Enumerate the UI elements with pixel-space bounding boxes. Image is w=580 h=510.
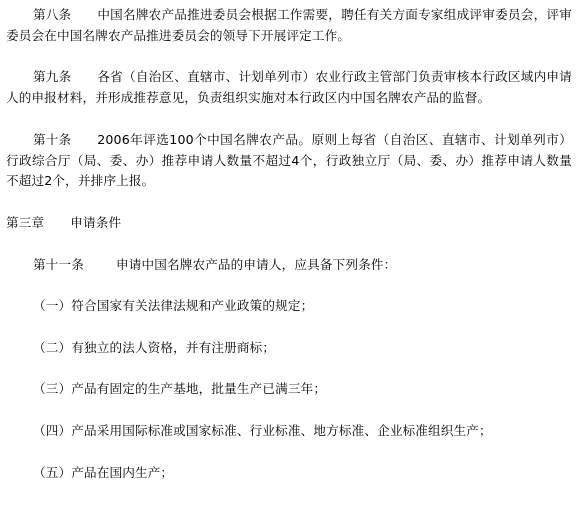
article-label: 第八条 (33, 5, 71, 26)
chapter-label: 第三章 (6, 215, 44, 230)
article-text: 各省（自治区、直辖市、计划单列市）农业行政主管部门负责审核本行政区域内申请人的申… (6, 69, 572, 105)
condition-item-2: （二）有独立的法人资格，并有注册商标； (6, 338, 572, 359)
condition-item-5: （五）产品在国内生产； (6, 463, 572, 484)
article-label: 第九条 (33, 67, 71, 88)
article-9: 第九条各省（自治区、直辖市、计划单列市）农业行政主管部门负责审核本行政区域内申请… (6, 67, 572, 109)
chapter-title: 申请条件 (70, 215, 121, 230)
chapter-heading: 第三章申请条件 (6, 213, 572, 234)
article-8: 第八条中国名牌农产品推进委员会根据工作需要，聘任有关方面专家组成评审委员会，评审… (6, 5, 572, 47)
article-11: 第十一条申请中国名牌农产品的申请人，应具备下列条件： (6, 255, 572, 276)
article-label: 第十条 (33, 130, 71, 151)
article-text: 中国名牌农产品推进委员会根据工作需要，聘任有关方面专家组成评审委员会，评审委员会… (6, 7, 572, 43)
article-10: 第十条2006年评选100个中国名牌农产品。原则上每省（自治区、直辖市、计划单列… (6, 130, 572, 192)
condition-item-3: （三）产品有固定的生产基地，批量生产已满三年； (6, 379, 572, 400)
article-text: 2006年评选100个中国名牌农产品。原则上每省（自治区、直辖市、计划单列市）行… (6, 132, 572, 189)
document-page: 第八条中国名牌农产品推进委员会根据工作需要，聘任有关方面专家组成评审委员会，评审… (0, 0, 580, 483)
article-text: 申请中国名牌农产品的申请人，应具备下列条件： (116, 257, 396, 272)
condition-item-4: （四）产品采用国际标准或国家标准、行业标准、地方标准、企业标准组织生产； (6, 421, 572, 442)
article-label: 第十一条 (33, 255, 84, 276)
condition-item-1: （一）符合国家有关法律法规和产业政策的规定； (6, 296, 572, 317)
